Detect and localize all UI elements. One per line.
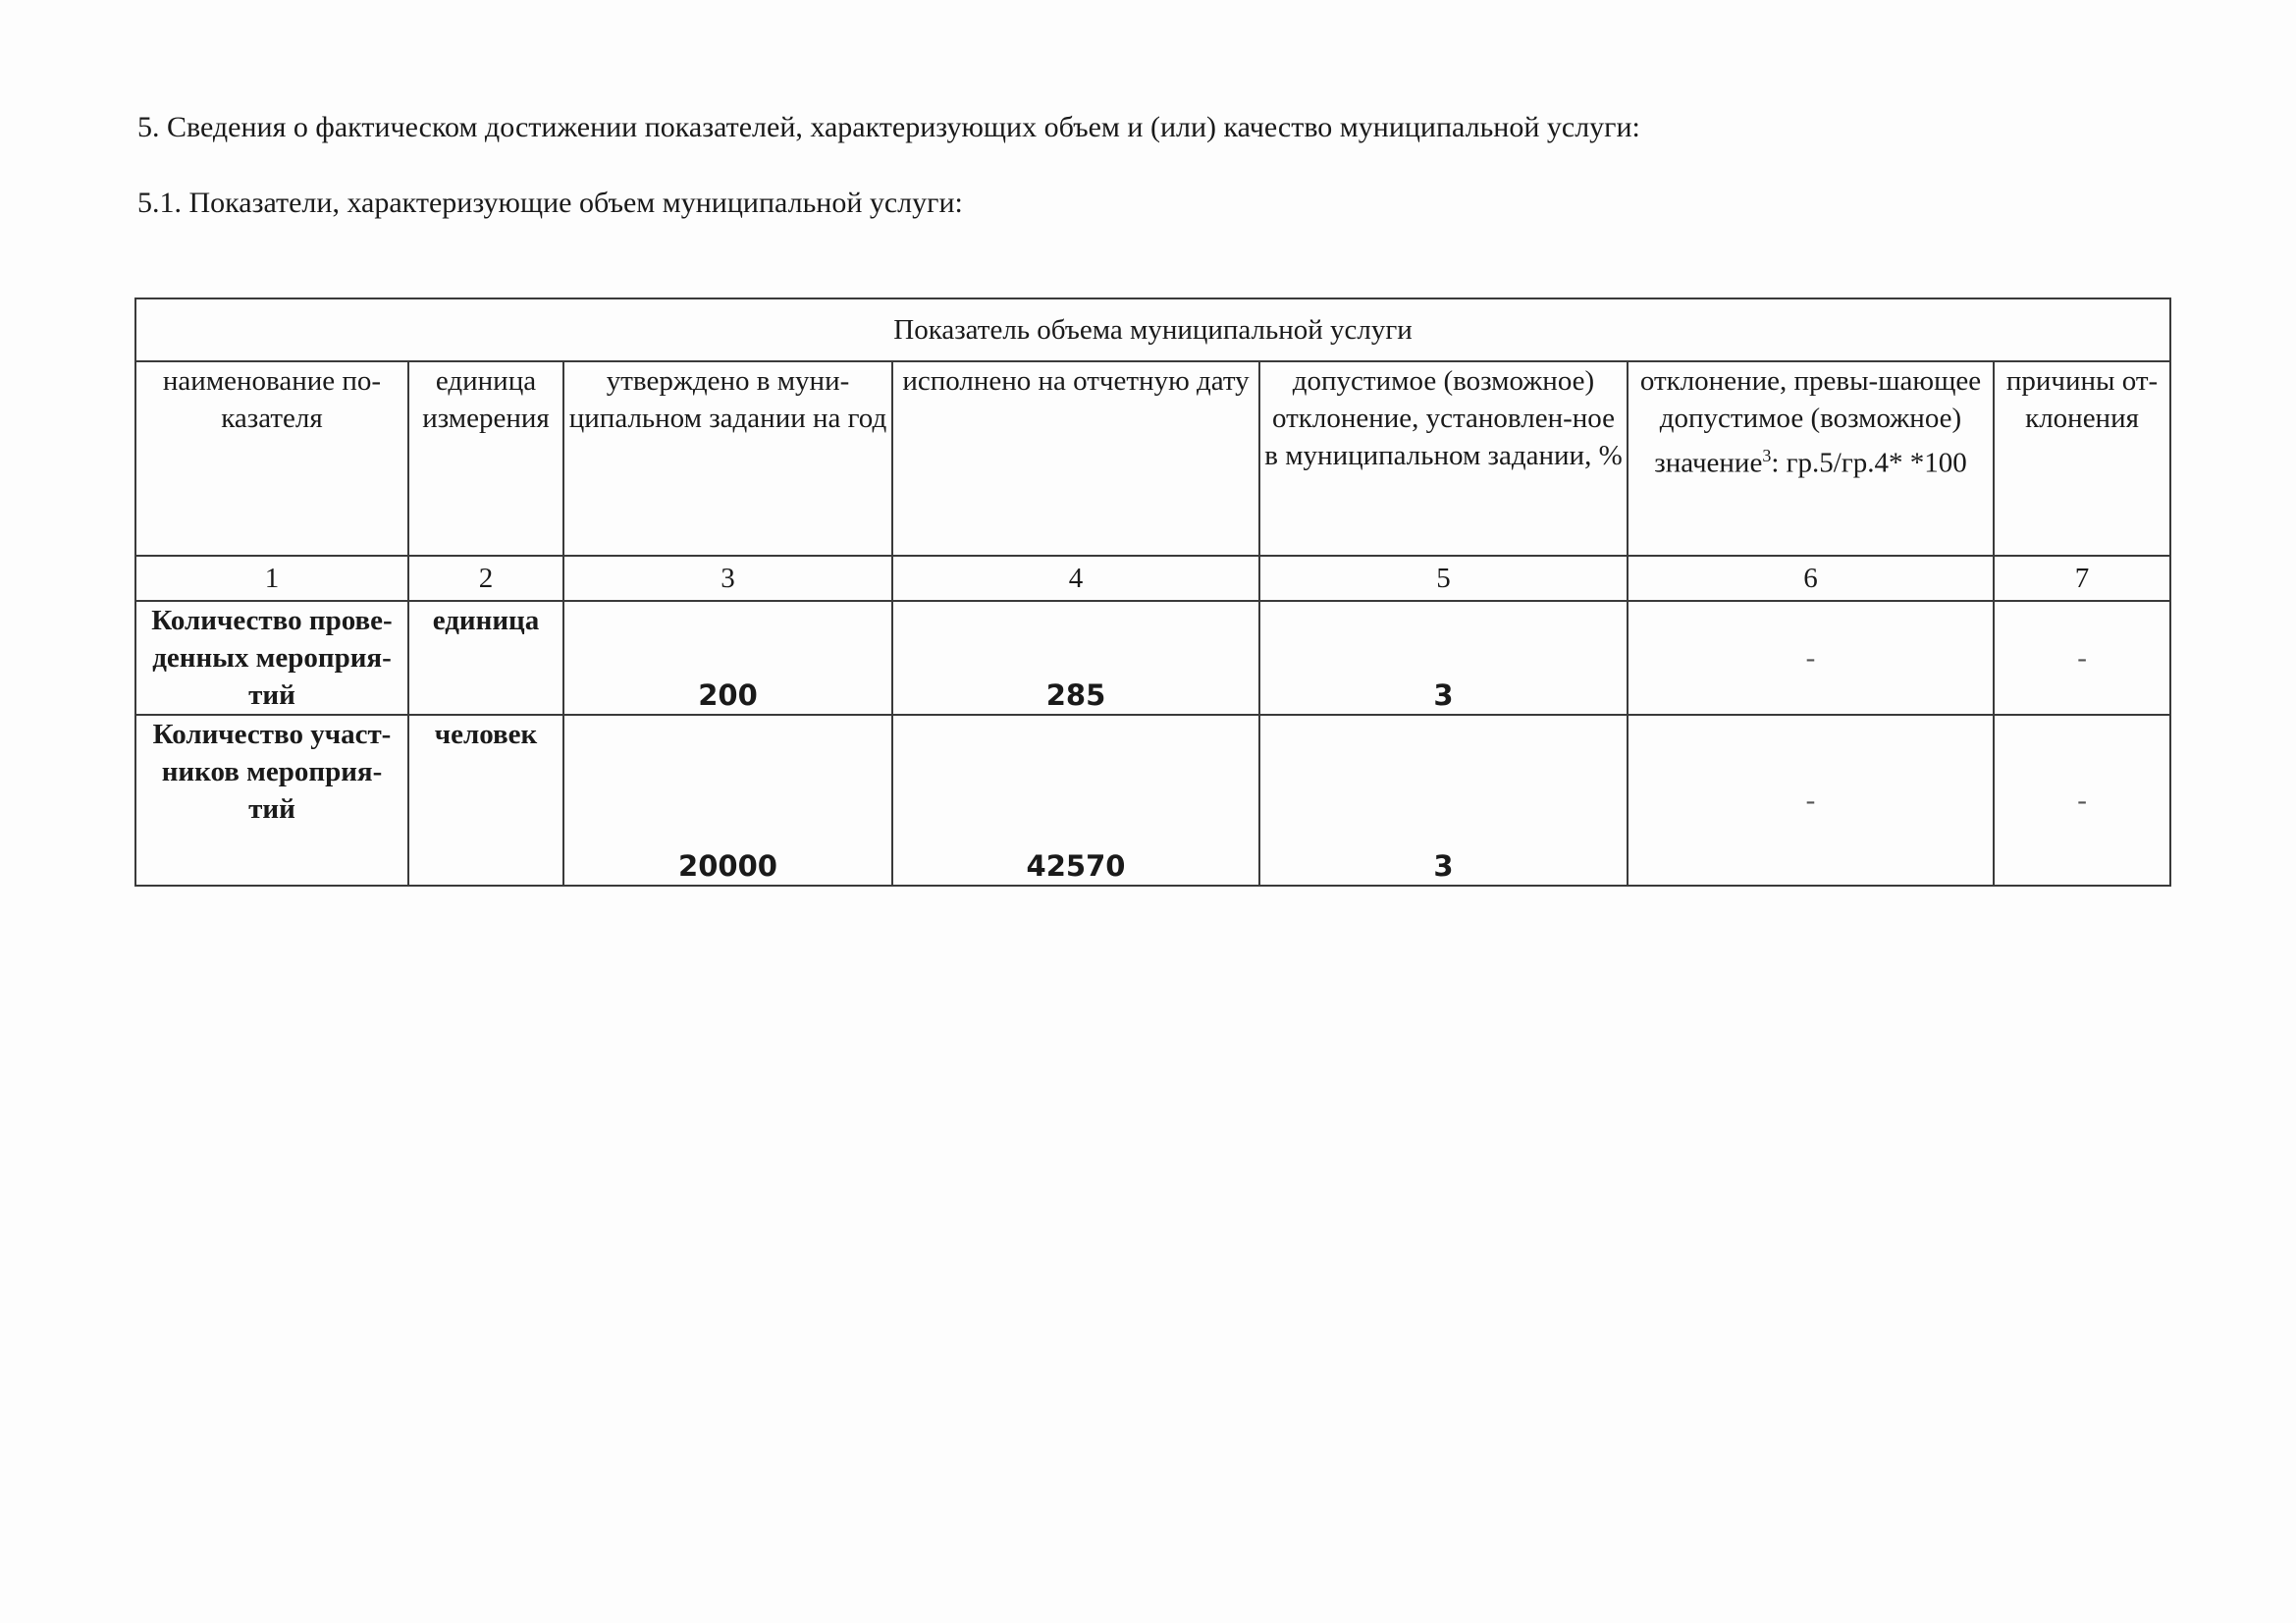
column-number: 3 [563, 556, 892, 601]
column-number: 6 [1628, 556, 1994, 601]
volume-indicators-table: Показатель объема муниципальной услуги н… [134, 298, 2171, 887]
column-number-row: 1 2 3 4 5 6 7 [135, 556, 2170, 601]
allowed-deviation: 3 [1259, 601, 1628, 715]
table-row: Количество участ-ников мероприя-тий чело… [135, 715, 2170, 886]
section-subheading: 5.1. Показатели, характеризующие объем м… [137, 187, 963, 220]
deviation-reasons: - [1994, 601, 2170, 715]
column-header-formula: : гр.5/гр.4* *100 [1771, 448, 1966, 479]
footnote-mark: 3 [1762, 446, 1771, 465]
column-header: единица измерения [408, 361, 563, 556]
column-number: 4 [892, 556, 1259, 601]
column-header: утверждено в муни-ципальном задании на г… [563, 361, 892, 556]
column-number: 5 [1259, 556, 1628, 601]
approved-value: 200 [563, 601, 892, 715]
executed-value: 42570 [892, 715, 1259, 886]
column-header: причины от-клонения [1994, 361, 2170, 556]
table-row: Количество прове-денных мероприя-тий еди… [135, 601, 2170, 715]
excess-deviation: - [1628, 715, 1994, 886]
column-header: отклонение, превы-шающее допустимое (воз… [1628, 361, 1994, 556]
allowed-deviation: 3 [1259, 715, 1628, 886]
indicator-name: Количество прове-денных мероприя-тий [135, 601, 408, 715]
indicator-name: Количество участ-ников мероприя-тий [135, 715, 408, 886]
table-title: Показатель объема муниципальной услуги [135, 298, 2170, 361]
table-header-row: наименование по-казателя единица измерен… [135, 361, 2170, 556]
excess-deviation: - [1628, 601, 1994, 715]
section-heading: 5. Сведения о фактическом достижении пок… [137, 111, 1640, 144]
column-header: наименование по-казателя [135, 361, 408, 556]
approved-value: 20000 [563, 715, 892, 886]
unit-of-measure: единица [408, 601, 563, 715]
column-number: 7 [1994, 556, 2170, 601]
column-header: исполнено на отчетную дату [892, 361, 1259, 556]
column-header: допустимое (возможное) отклонение, устан… [1259, 361, 1628, 556]
table-title-row: Показатель объема муниципальной услуги [135, 298, 2170, 361]
column-number: 2 [408, 556, 563, 601]
unit-of-measure: человек [408, 715, 563, 886]
executed-value: 285 [892, 601, 1259, 715]
column-number: 1 [135, 556, 408, 601]
deviation-reasons: - [1994, 715, 2170, 886]
